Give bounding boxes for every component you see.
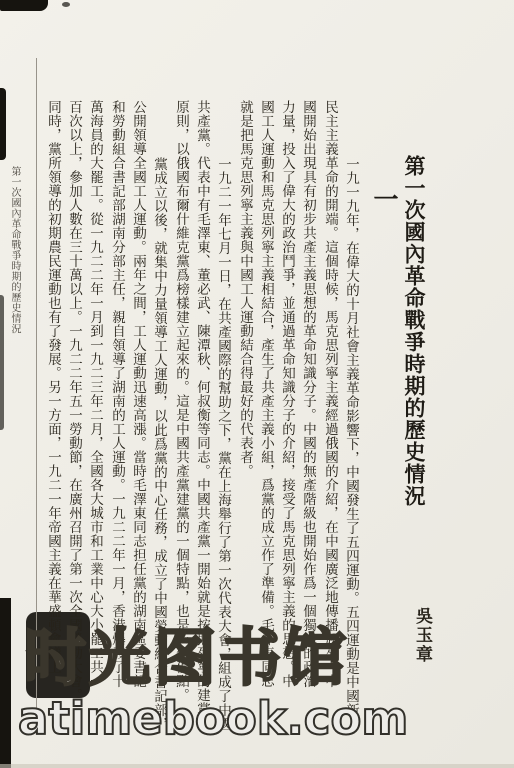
text-column-2: 民主主義革命的開端。這個時候，馬克思列寧主義經過俄國的介紹，在中國廣泛地傳播起來… bbox=[319, 100, 340, 688]
chapter-title: 第一次國內革命戰爭時期的歷史情況 bbox=[399, 155, 429, 507]
text-column-4: 力量，投入了偉大的政治鬥爭，並通過革命知識分子的介紹，接受了馬克思列寧主義的思想… bbox=[276, 100, 297, 688]
text-column-5: 國工人運動和馬克思列寧主義相結合，產生了共產主義小組，爲黨的成立作了準備。毛澤東… bbox=[255, 100, 276, 688]
scan-artifact-left-2 bbox=[0, 295, 4, 430]
section-number: 一 bbox=[366, 186, 402, 211]
scan-artifact-top-dot bbox=[62, 2, 70, 7]
text-column-15: 同時，黨所領導的初期農民運動也有了發展。另一方面，一九二一年帝國主義在華盛頓會議… bbox=[42, 100, 63, 674]
watermark-site-name: 时光图书馆 bbox=[24, 608, 349, 697]
scan-artifact-bottom-edge bbox=[0, 764, 514, 768]
text-column-12: 和勞動組合書記部湖南分部主任，親自領導了湖南的工人運動。一九二二年一月，香港爆發… bbox=[106, 100, 127, 688]
scan-artifact-left-1 bbox=[0, 88, 6, 160]
author-name: 吳玉章 bbox=[410, 607, 435, 664]
text-column-13: 萬海員的大罷工。從一九二二年一月到一九二三年二月，全國各大城市和工業中心大小罷工… bbox=[84, 100, 105, 688]
text-column-6: 就是把馬克思列寧主義與中國工人運動結合得最好的代表者。 bbox=[234, 100, 255, 478]
scan-artifact-top-left bbox=[0, 0, 48, 11]
scan-artifact-bottom-left bbox=[0, 598, 11, 768]
running-header: 第一次國內革命戰爭時期的歷史情況 bbox=[7, 166, 22, 334]
text-column-3: 國開始出現具有初步共產主義思想的革命知識分子。中國的無產階級也開始作爲一個獨立的… bbox=[297, 100, 318, 688]
watermark-site-domain: atimebook.com bbox=[18, 692, 408, 745]
book-page: 第一次國內革命戰爭時期的歷史情況 一 第一次國內革命戰爭時期的歷史情況 一 吳玉… bbox=[0, 0, 514, 768]
text-column-11: 公開領導全國工人運動。兩年之間，工人運動迅速高漲。當時毛澤東同志担任黨的湖南區委… bbox=[127, 100, 148, 688]
